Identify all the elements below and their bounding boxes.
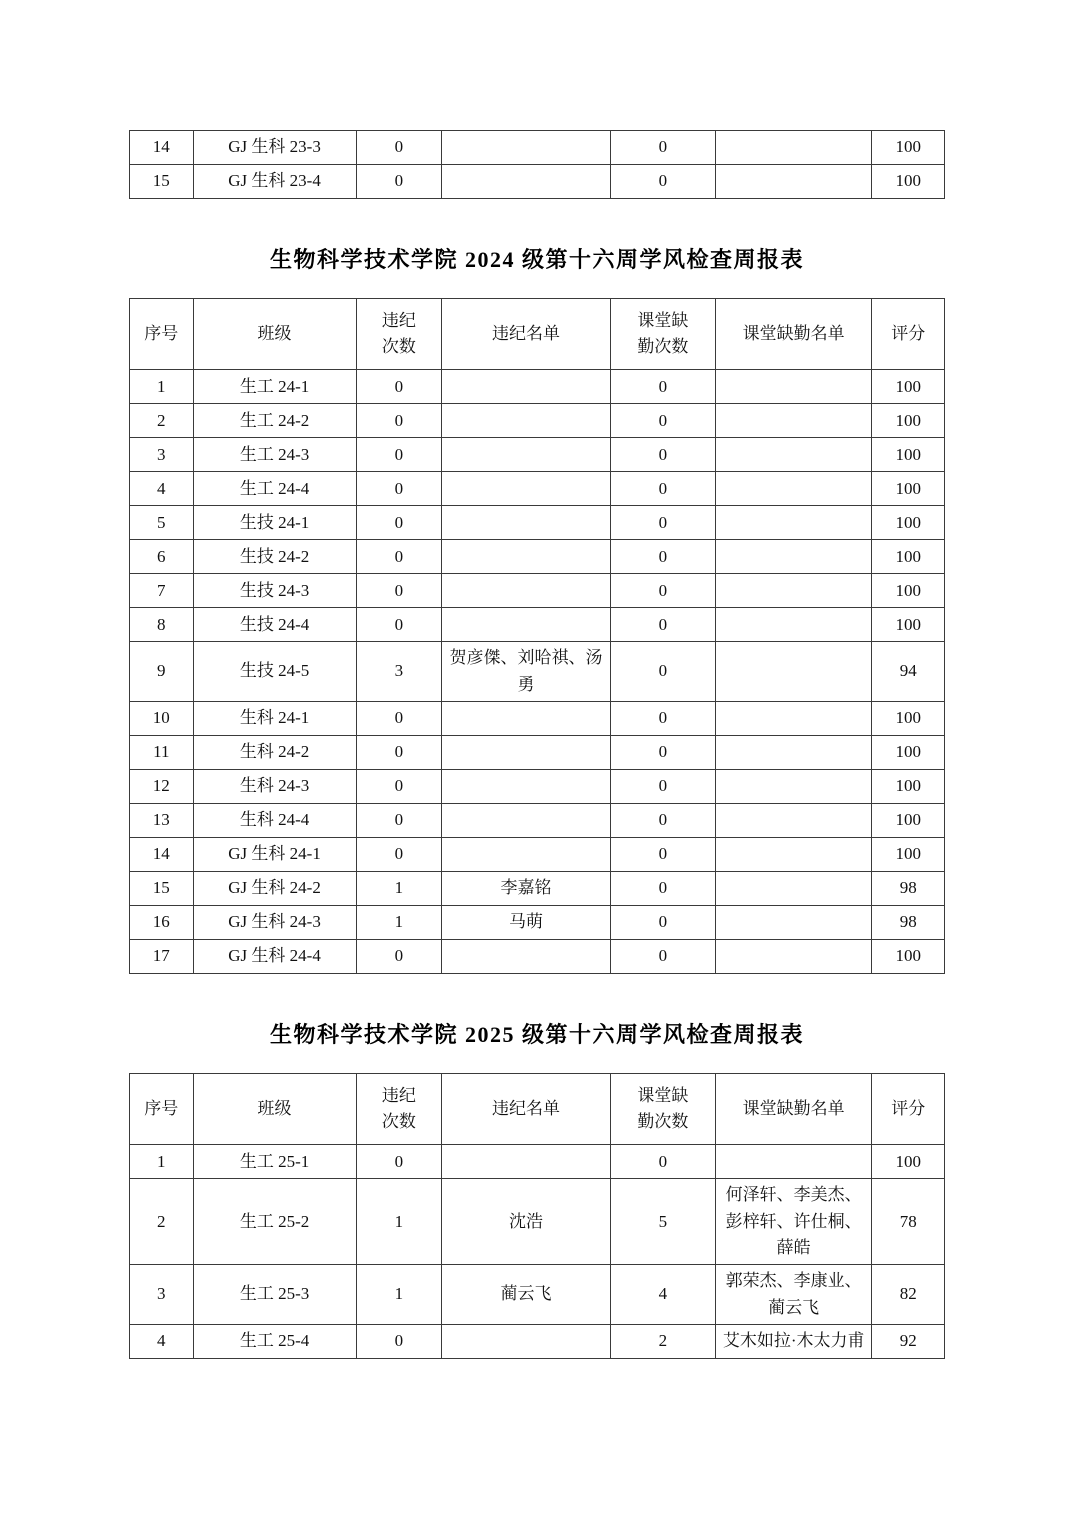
cell-absences: 2	[610, 1324, 715, 1358]
cell-violations: 0	[356, 769, 442, 803]
cell-absences: 0	[610, 803, 715, 837]
cell-class-name: 生工 25-4	[193, 1324, 356, 1358]
cell-absences: 0	[610, 131, 715, 165]
cell-violation-names	[442, 506, 611, 540]
cell-violations: 0	[356, 837, 442, 871]
cell-absences: 0	[610, 370, 715, 404]
cell-no: 1	[130, 370, 194, 404]
cell-absence-names	[715, 540, 871, 574]
cell-violation-names	[442, 837, 611, 871]
cell-class-name: GJ 生科 24-3	[193, 905, 356, 939]
cell-no: 2	[130, 1179, 194, 1265]
cell-violations: 0	[356, 370, 442, 404]
table-row: 3生工 25-31蔺云飞4郭荣杰、李康业、蔺云飞82	[130, 1265, 945, 1325]
cell-absence-names	[715, 370, 871, 404]
cell-violations: 0	[356, 165, 442, 199]
cell-absence-names	[715, 803, 871, 837]
cell-no: 12	[130, 769, 194, 803]
cell-absences: 0	[610, 540, 715, 574]
cell-score: 100	[872, 472, 945, 506]
column-header-class: 班级	[193, 1073, 356, 1145]
cell-violation-names	[442, 574, 611, 608]
cell-absences: 0	[610, 506, 715, 540]
cell-absence-names: 郭荣杰、李康业、蔺云飞	[715, 1265, 871, 1325]
cell-no: 16	[130, 905, 194, 939]
cell-no: 15	[130, 871, 194, 905]
cell-score: 100	[872, 506, 945, 540]
cell-score: 92	[872, 1324, 945, 1358]
cell-violations: 0	[356, 1324, 442, 1358]
cell-violations: 0	[356, 1145, 442, 1179]
cell-no: 15	[130, 165, 194, 199]
table-row: 13生科 24-400100	[130, 803, 945, 837]
cell-violations: 0	[356, 735, 442, 769]
cell-no: 14	[130, 837, 194, 871]
table-row: 6生技 24-200100	[130, 540, 945, 574]
column-header-violations: 违纪 次数	[356, 1073, 442, 1145]
table-row: 17GJ 生科 24-400100	[130, 939, 945, 973]
cell-class-name: 生技 24-5	[193, 642, 356, 702]
table-row: 4生工 24-400100	[130, 472, 945, 506]
cell-absences: 0	[610, 769, 715, 803]
cell-class-name: GJ 生科 24-4	[193, 939, 356, 973]
cell-class-name: 生技 24-2	[193, 540, 356, 574]
column-header-no: 序号	[130, 1073, 194, 1145]
cell-violation-names: 李嘉铭	[442, 871, 611, 905]
table-row: 16GJ 生科 24-31马萌098	[130, 905, 945, 939]
cell-absence-names	[715, 404, 871, 438]
cell-no: 7	[130, 574, 194, 608]
weekly-report-table-2024: 序号 班级 违纪 次数 违纪名单 课堂缺 勤次数 课堂缺勤名单 评分 1生工 2…	[129, 298, 945, 974]
cell-violation-names: 马萌	[442, 905, 611, 939]
cell-violation-names	[442, 370, 611, 404]
cell-violations: 0	[356, 803, 442, 837]
table-row: 2生工 25-21沈浩5何泽轩、李美杰、彭梓轩、许仕桐、薛皓78	[130, 1179, 945, 1265]
cell-no: 4	[130, 1324, 194, 1358]
cell-class-name: 生工 24-2	[193, 404, 356, 438]
cell-absence-names	[715, 574, 871, 608]
cell-absences: 5	[610, 1179, 715, 1265]
cell-score: 98	[872, 871, 945, 905]
column-header-absence-names: 课堂缺勤名单	[715, 1073, 871, 1145]
cell-absences: 0	[610, 905, 715, 939]
table-row: 8生技 24-400100	[130, 608, 945, 642]
cell-class-name: GJ 生科 24-2	[193, 871, 356, 905]
cell-violation-names	[442, 540, 611, 574]
header-row: 序号 班级 违纪 次数 违纪名单 课堂缺 勤次数 课堂缺勤名单 评分	[130, 1073, 945, 1145]
cell-absence-names	[715, 837, 871, 871]
cell-absence-names: 何泽轩、李美杰、彭梓轩、许仕桐、薛皓	[715, 1179, 871, 1265]
cell-score: 100	[872, 438, 945, 472]
cell-score: 100	[872, 165, 945, 199]
cell-no: 14	[130, 131, 194, 165]
column-header-score: 评分	[872, 1073, 945, 1145]
cell-class-name: 生科 24-1	[193, 701, 356, 735]
cell-score: 100	[872, 1145, 945, 1179]
cell-class-name: 生工 24-4	[193, 472, 356, 506]
cell-violation-names	[442, 438, 611, 472]
cell-absences: 0	[610, 642, 715, 702]
report-title-2024: 生物科学技术学院 2024 级第十六周学风检查周报表	[0, 199, 1074, 298]
column-header-violations: 违纪 次数	[356, 298, 442, 370]
cell-violations: 0	[356, 131, 442, 165]
cell-score: 82	[872, 1265, 945, 1325]
cell-absences: 0	[610, 871, 715, 905]
cell-violation-names: 蔺云飞	[442, 1265, 611, 1325]
cell-absences: 0	[610, 608, 715, 642]
table-row: 14GJ 生科 24-100100	[130, 837, 945, 871]
cell-class-name: 生科 24-4	[193, 803, 356, 837]
cell-absence-names	[715, 871, 871, 905]
cell-no: 5	[130, 506, 194, 540]
cell-class-name: 生工 25-3	[193, 1265, 356, 1325]
cell-class-name: GJ 生科 23-3	[193, 131, 356, 165]
cell-absences: 4	[610, 1265, 715, 1325]
cell-violation-names	[442, 472, 611, 506]
cell-no: 9	[130, 642, 194, 702]
cell-violation-names	[442, 1324, 611, 1358]
cell-no: 1	[130, 1145, 194, 1179]
cell-no: 3	[130, 438, 194, 472]
cell-no: 4	[130, 472, 194, 506]
table-row: 9生技 24-53贺彦傑、刘哈祺、汤勇094	[130, 642, 945, 702]
cell-violation-names: 沈浩	[442, 1179, 611, 1265]
report-title-2025: 生物科学技术学院 2025 级第十六周学风检查周报表	[0, 974, 1074, 1073]
cell-absence-names	[715, 701, 871, 735]
table-row: 14GJ 生科 23-300100	[130, 131, 945, 165]
cell-no: 8	[130, 608, 194, 642]
cell-violations: 0	[356, 608, 442, 642]
table-row: 12生科 24-300100	[130, 769, 945, 803]
cell-absences: 0	[610, 165, 715, 199]
cell-absence-names	[715, 769, 871, 803]
cell-score: 100	[872, 370, 945, 404]
cell-score: 100	[872, 701, 945, 735]
cell-violation-names	[442, 131, 611, 165]
table-row: 7生技 24-300100	[130, 574, 945, 608]
table-row: 15GJ 生科 24-21李嘉铭098	[130, 871, 945, 905]
cell-violation-names	[442, 165, 611, 199]
cell-violation-names	[442, 1145, 611, 1179]
cell-absence-names	[715, 608, 871, 642]
cell-no: 3	[130, 1265, 194, 1325]
column-header-violation-names: 违纪名单	[442, 1073, 611, 1145]
cell-absences: 0	[610, 472, 715, 506]
cell-score: 100	[872, 735, 945, 769]
cell-violations: 0	[356, 939, 442, 973]
cell-class-name: 生工 24-3	[193, 438, 356, 472]
cell-absence-names	[715, 642, 871, 702]
cell-no: 11	[130, 735, 194, 769]
cell-violations: 0	[356, 540, 442, 574]
cell-no: 10	[130, 701, 194, 735]
column-header-absence-names: 课堂缺勤名单	[715, 298, 871, 370]
cell-score: 100	[872, 803, 945, 837]
cell-violation-names	[442, 701, 611, 735]
cell-absences: 0	[610, 1145, 715, 1179]
cell-absence-names	[715, 939, 871, 973]
cell-violations: 0	[356, 701, 442, 735]
header-row: 序号 班级 违纪 次数 违纪名单 课堂缺 勤次数 课堂缺勤名单 评分	[130, 298, 945, 370]
table-row: 4生工 25-402艾木如拉·木太力甫92	[130, 1324, 945, 1358]
cell-score: 100	[872, 574, 945, 608]
cell-violations: 3	[356, 642, 442, 702]
cell-absence-names	[715, 165, 871, 199]
cell-absences: 0	[610, 404, 715, 438]
cell-violation-names	[442, 939, 611, 973]
cell-violations: 0	[356, 404, 442, 438]
table-row: 1生工 25-100100	[130, 1145, 945, 1179]
cell-violations: 1	[356, 1265, 442, 1325]
cell-no: 17	[130, 939, 194, 973]
cell-class-name: 生工 25-2	[193, 1179, 356, 1265]
column-header-absences: 课堂缺 勤次数	[610, 298, 715, 370]
cell-violation-names	[442, 608, 611, 642]
cell-absence-names	[715, 905, 871, 939]
cell-no: 13	[130, 803, 194, 837]
cell-absences: 0	[610, 438, 715, 472]
cell-violation-names	[442, 735, 611, 769]
cell-class-name: GJ 生科 23-4	[193, 165, 356, 199]
cell-absences: 0	[610, 837, 715, 871]
cell-absence-names	[715, 506, 871, 540]
cell-violations: 0	[356, 574, 442, 608]
cell-score: 100	[872, 769, 945, 803]
table-row: 10生科 24-100100	[130, 701, 945, 735]
cell-absences: 0	[610, 939, 715, 973]
cell-violation-names	[442, 803, 611, 837]
cell-score: 98	[872, 905, 945, 939]
cell-class-name: 生技 24-1	[193, 506, 356, 540]
cell-absences: 0	[610, 701, 715, 735]
cell-violations: 0	[356, 506, 442, 540]
weekly-report-table-2025: 序号 班级 违纪 次数 违纪名单 课堂缺 勤次数 课堂缺勤名单 评分 1生工 2…	[129, 1073, 945, 1359]
cell-violations: 1	[356, 871, 442, 905]
cell-class-name: GJ 生科 24-1	[193, 837, 356, 871]
column-header-absences: 课堂缺 勤次数	[610, 1073, 715, 1145]
cell-violation-names	[442, 404, 611, 438]
cell-absence-names: 艾木如拉·木太力甫	[715, 1324, 871, 1358]
cell-absences: 0	[610, 735, 715, 769]
cell-violations: 1	[356, 1179, 442, 1265]
column-header-violation-names: 违纪名单	[442, 298, 611, 370]
cell-violation-names: 贺彦傑、刘哈祺、汤勇	[442, 642, 611, 702]
cell-violations: 0	[356, 438, 442, 472]
cell-absence-names	[715, 131, 871, 165]
cell-class-name: 生工 24-1	[193, 370, 356, 404]
table-row: 15GJ 生科 23-400100	[130, 165, 945, 199]
document-page: 14GJ 生科 23-30010015GJ 生科 23-400100 生物科学技…	[0, 0, 1074, 1520]
cell-absence-names	[715, 472, 871, 506]
weekly-report-table-2023-partial: 14GJ 生科 23-30010015GJ 生科 23-400100	[129, 130, 945, 199]
cell-absence-names	[715, 1145, 871, 1179]
cell-score: 100	[872, 404, 945, 438]
cell-violations: 1	[356, 905, 442, 939]
cell-score: 78	[872, 1179, 945, 1265]
cell-violations: 0	[356, 472, 442, 506]
cell-no: 6	[130, 540, 194, 574]
cell-score: 100	[872, 608, 945, 642]
cell-score: 100	[872, 540, 945, 574]
cell-class-name: 生科 24-2	[193, 735, 356, 769]
cell-class-name: 生工 25-1	[193, 1145, 356, 1179]
column-header-no: 序号	[130, 298, 194, 370]
column-header-score: 评分	[872, 298, 945, 370]
cell-score: 100	[872, 837, 945, 871]
table-row: 5生技 24-100100	[130, 506, 945, 540]
cell-violation-names	[442, 769, 611, 803]
table-row: 2生工 24-200100	[130, 404, 945, 438]
cell-absences: 0	[610, 574, 715, 608]
cell-score: 100	[872, 131, 945, 165]
cell-absence-names	[715, 735, 871, 769]
cell-class-name: 生技 24-3	[193, 574, 356, 608]
table-row: 1生工 24-100100	[130, 370, 945, 404]
table-row: 11生科 24-200100	[130, 735, 945, 769]
cell-score: 100	[872, 939, 945, 973]
column-header-class: 班级	[193, 298, 356, 370]
cell-score: 94	[872, 642, 945, 702]
table-row: 3生工 24-300100	[130, 438, 945, 472]
cell-class-name: 生科 24-3	[193, 769, 356, 803]
cell-class-name: 生技 24-4	[193, 608, 356, 642]
cell-no: 2	[130, 404, 194, 438]
cell-absence-names	[715, 438, 871, 472]
